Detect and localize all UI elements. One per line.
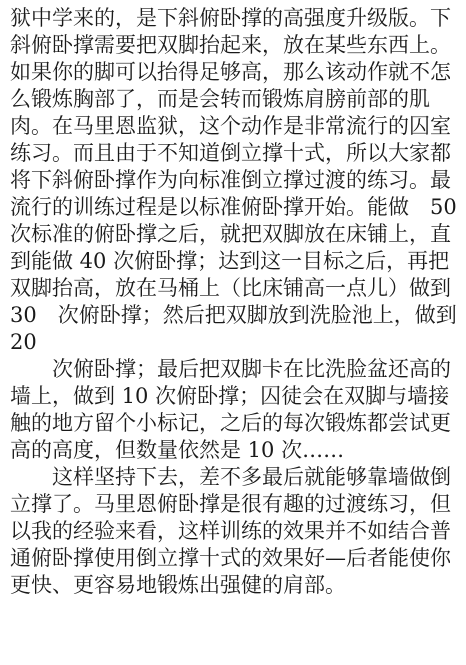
- text-line: 更快、更容易地锻炼出强健的肩部。: [10, 572, 456, 599]
- text-line: 斜俯卧撑需要把双脚抬起来，放在某些东西上。: [10, 32, 456, 59]
- ebook-page: 狱中学来的，是下斜俯卧撑的高强度升级版。下斜俯卧撑需要把双脚抬起来，放在某些东西…: [0, 0, 466, 665]
- page-text: 狱中学来的，是下斜俯卧撑的高强度升级版。下斜俯卧撑需要把双脚抬起来，放在某些东西…: [10, 5, 456, 599]
- text-line: 20: [10, 329, 456, 356]
- text-line: 如果你的脚可以抬得足够高，那么该动作就不怎: [10, 59, 456, 86]
- text-line: 立撑了。马里恩俯卧撑是很有趣的过渡练习，但: [10, 491, 456, 518]
- text-line: 30 次俯卧撑；然后把双脚放到洗脸池上，做到: [10, 302, 456, 329]
- text-line: 这样坚持下去，差不多最后就能够靠墙做倒: [10, 464, 456, 491]
- text-line: 肉。在马里恩监狱，这个动作是非常流行的囚室: [10, 113, 456, 140]
- text-line: 次俯卧撑；最后把双脚卡在比洗脸盆还高的: [10, 356, 456, 383]
- text-line: 高的高度，但数量依然是 10 次……: [10, 437, 456, 464]
- text-line: 狱中学来的，是下斜俯卧撑的高强度升级版。下: [10, 5, 456, 32]
- text-line: 通俯卧撑使用倒立撑十式的效果好—后者能使你: [10, 545, 456, 572]
- text-line: 练习。而且由于不知道倒立撑十式，所以大家都: [10, 140, 456, 167]
- text-line: 么锻炼胸部了，而是会转而锻炼肩膀前部的肌: [10, 86, 456, 113]
- text-line: 双脚抬高，放在马桶上（比床铺高一点儿）做到: [10, 275, 456, 302]
- text-line: 触的地方留个小标记，之后的每次锻炼都尝试更: [10, 410, 456, 437]
- text-line: 流行的训练过程是以标准俯卧撑开始。能做 50: [10, 194, 456, 221]
- text-line: 墙上，做到 10 次俯卧撑；囚徒会在双脚与墙接: [10, 383, 456, 410]
- text-line: 到能做 40 次俯卧撑；达到这一目标之后，再把: [10, 248, 456, 275]
- text-line: 次标准的俯卧撑之后，就把双脚放在床铺上，直: [10, 221, 456, 248]
- text-line: 将下斜俯卧撑作为向标准倒立撑过渡的练习。最: [10, 167, 456, 194]
- text-line: 以我的经验来看，这样训练的效果并不如结合普: [10, 518, 456, 545]
